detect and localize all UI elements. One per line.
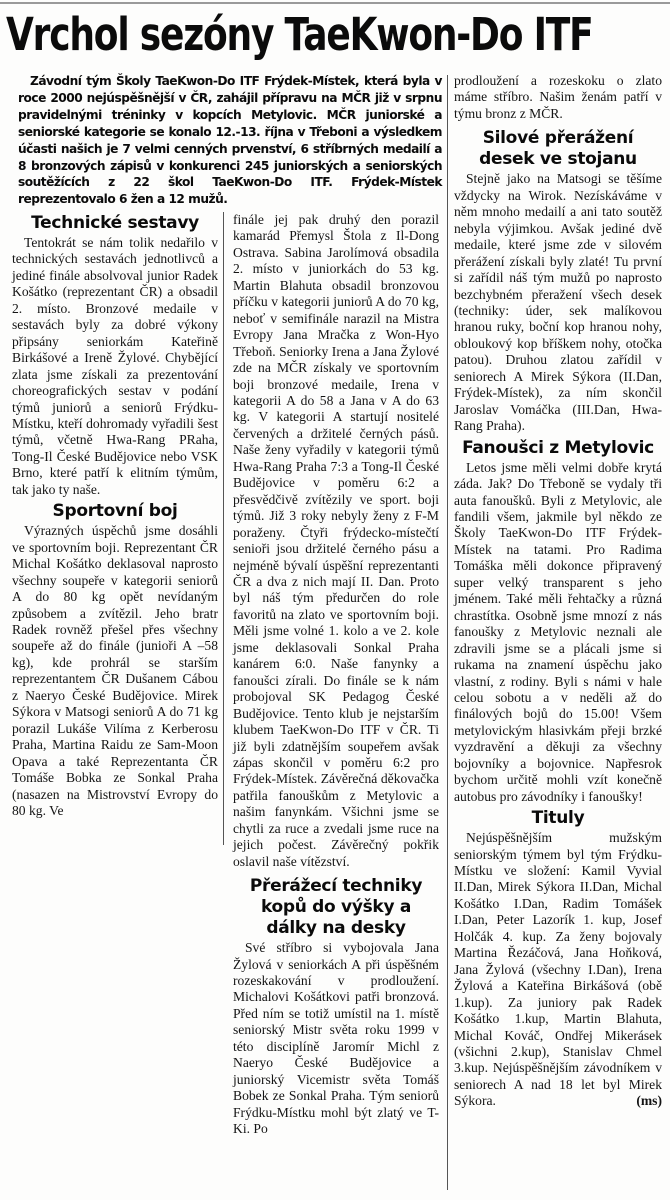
section-body: Své stříbro si vybojovala Jana Žylová v …	[233, 940, 439, 1137]
section-body: Stejně jako na Matsogi se těšíme vždycky…	[454, 171, 662, 434]
section-heading-tituly: Tituly	[454, 808, 662, 829]
section-heading-prerazeci-techniky: Přerážecí techniky kopů do výšky a dálky…	[233, 876, 439, 939]
tituly-text: Nejúspěšnějším mužským seniorským týmem …	[454, 830, 662, 1108]
section-heading-fanousci: Fanoušci z Metylovic	[454, 438, 662, 459]
column-1: Technické sestavy Tentokrát se nám tolik…	[12, 210, 218, 819]
lead-paragraph: Závodní tým Školy TaeKwon-Do ITF Frýdek-…	[18, 73, 442, 208]
column-2: finále jej pak druhý den porazil kamarád…	[233, 212, 439, 1138]
section-body: Nejúspěšnějším mužským seniorským týmem …	[454, 830, 662, 1110]
author-signature: (ms)	[624, 1093, 662, 1109]
column-divider-1	[223, 212, 224, 845]
section-heading-sportovni-boj: Sportovní boj	[12, 501, 218, 522]
column-divider-2	[447, 75, 448, 1190]
newspaper-page: Vrchol sezóny TaeKwon-Do ITF Závodní tým…	[0, 0, 670, 1200]
section-body-continued: finále jej pak druhý den porazil kamarád…	[233, 212, 439, 870]
headline: Vrchol sezóny TaeKwon-Do ITF	[6, 6, 534, 64]
column-3: prodloužení a rozeskoku o zlato máme stř…	[454, 73, 662, 1110]
section-body-continued: prodloužení a rozeskoku o zlato máme stř…	[454, 73, 662, 122]
lead-text: Závodní tým Školy TaeKwon-Do ITF Frýdek-…	[18, 73, 442, 208]
section-heading-technicke-sestavy: Technické sestavy	[12, 213, 218, 234]
section-heading-silove-prerazeni: Silové přerážení desek ve stojanu	[454, 128, 662, 170]
section-body: Výrazných úspěchů jsme dosáhli ve sporto…	[12, 523, 218, 819]
section-body: Letos jsme měli velmi dobře krytá záda. …	[454, 460, 662, 806]
top-rule	[0, 2, 670, 4]
section-body: Tentokrát se nám tolik nedařilo v techni…	[12, 235, 218, 498]
